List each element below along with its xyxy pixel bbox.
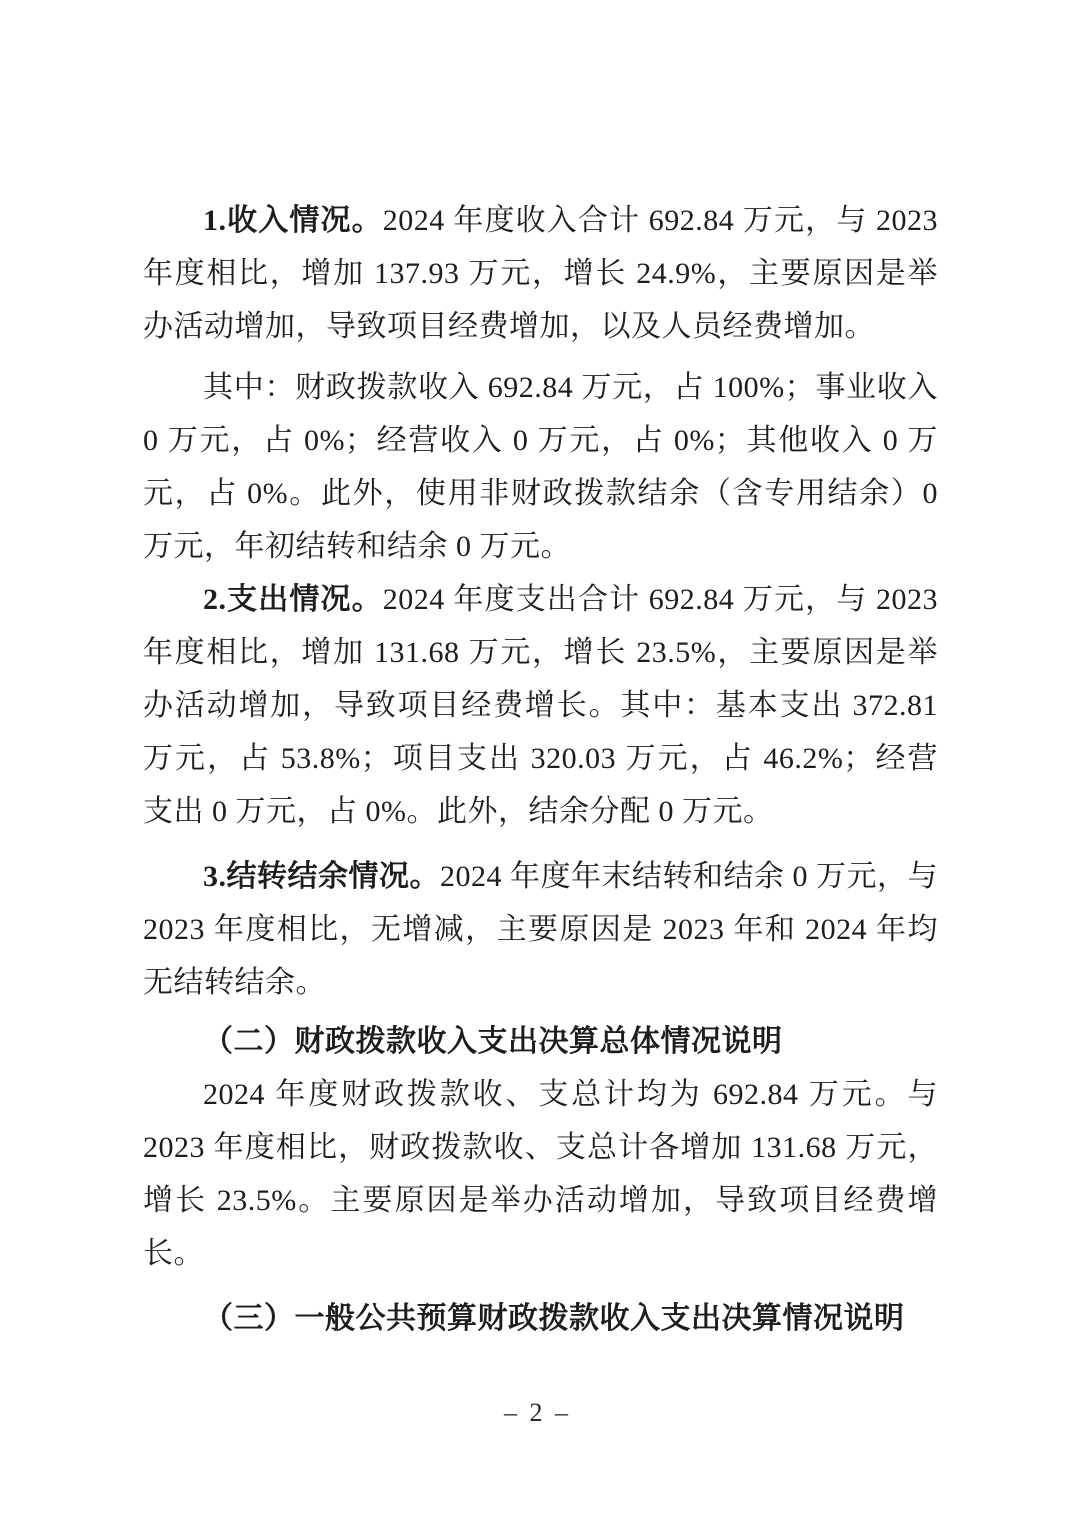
page-number: – 2 –	[0, 1398, 1075, 1428]
paragraph-income-breakdown-text: 其中：财政拨款收入 692.84 万元，占 100%；事业收入 0 万元，占 0…	[143, 371, 938, 563]
paragraph-fiscal-appropriation-detail-text: 2024 年度财政拨款收、支总计均为 692.84 万元。与 2023 年度相比…	[143, 1078, 938, 1270]
paragraph-income-lead: 1.收入情况。	[203, 204, 383, 237]
paragraph-carryover-balance: 3.结转结余情况。2024 年度年末结转和结余 0 万元，与 2023 年度相比…	[143, 850, 938, 1009]
document-text-block: 1.收入情况。2024 年度收入合计 692.84 万元，与 2023 年度相比…	[143, 194, 938, 1345]
heading-fiscal-appropriation-overview: （二）财政拨款收入支出决算总体情况说明	[143, 1015, 938, 1068]
paragraph-income-breakdown: 其中：财政拨款收入 692.84 万元，占 100%；事业收入 0 万元，占 0…	[143, 361, 938, 573]
paragraph-expenditure-lead: 2.支出情况。	[203, 583, 383, 616]
heading-general-public-budget-text: （三）一般公共预算财政拨款收入支出决算情况说明	[203, 1302, 905, 1335]
paragraph-fiscal-appropriation-detail: 2024 年度财政拨款收、支总计均为 692.84 万元。与 2023 年度相比…	[143, 1068, 938, 1280]
heading-fiscal-appropriation-text: （二）财政拨款收入支出决算总体情况说明	[203, 1025, 783, 1058]
paragraph-expenditure-overview: 2.支出情况。2024 年度支出合计 692.84 万元，与 2023 年度相比…	[143, 573, 938, 838]
paragraph-carryover-lead: 3.结转结余情况。	[203, 860, 440, 893]
paragraph-income-overview: 1.收入情况。2024 年度收入合计 692.84 万元，与 2023 年度相比…	[143, 194, 938, 353]
heading-general-public-budget: （三）一般公共预算财政拨款收入支出决算情况说明	[143, 1292, 938, 1345]
document-page: 1.收入情况。2024 年度收入合计 692.84 万元，与 2023 年度相比…	[0, 0, 1075, 1520]
paragraph-expenditure-text: 2024 年度支出合计 692.84 万元，与 2023 年度相比，增加 131…	[143, 583, 938, 828]
